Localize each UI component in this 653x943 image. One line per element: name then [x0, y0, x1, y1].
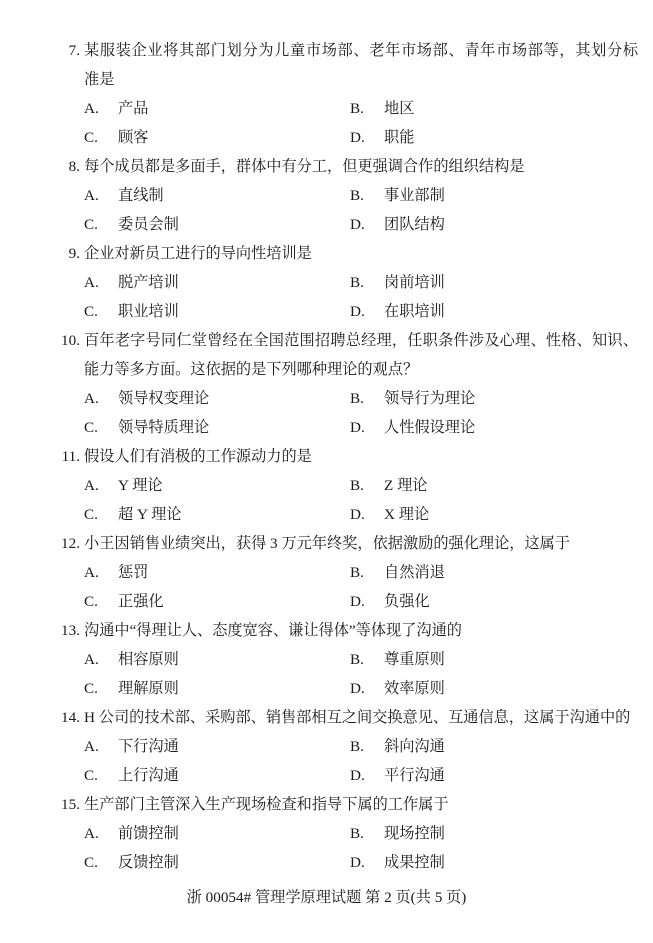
option-label: C.	[84, 674, 118, 703]
option-text: 直线制	[118, 187, 164, 204]
option-b: B.领导行为理论	[350, 384, 475, 413]
option-row: A.前馈控制B.现场控制	[84, 819, 638, 848]
option-label: C.	[84, 123, 118, 152]
option-label: B.	[350, 268, 384, 297]
option-b: B.地区	[350, 94, 414, 123]
option-text: 顾客	[118, 129, 148, 146]
question-item: 11.假设人们有消极的工作源动力的是A.Y 理论B.Z 理论C.超 Y 理论D.…	[54, 442, 638, 529]
option-label: B.	[350, 819, 384, 848]
option-label: B.	[350, 181, 384, 210]
option-label: A.	[84, 558, 118, 587]
option-b: B.尊重原则	[350, 645, 445, 674]
option-text: 团队结构	[384, 216, 445, 233]
question-body: 沟通中“得理让人、态度宽容、谦让得体”等体现了沟通的A.相容原则B.尊重原则C.…	[84, 616, 638, 703]
option-a: A.产品	[84, 94, 350, 123]
option-label: D.	[350, 413, 384, 442]
option-row: C.领导特质理论D.人性假设理论	[84, 413, 638, 442]
question-number: 14.	[54, 703, 80, 732]
option-text: 地区	[384, 100, 414, 117]
question-number: 7.	[54, 36, 80, 65]
option-text: 上行沟通	[118, 767, 179, 784]
option-label: D.	[350, 587, 384, 616]
option-d: D.团队结构	[350, 210, 445, 239]
option-c: C.超 Y 理论	[84, 500, 350, 529]
question-text-line: 每个成员都是多面手，群体中有分工，但更强调合作的组织结构是	[84, 152, 638, 181]
option-row: A.直线制B.事业部制	[84, 181, 638, 210]
option-label: A.	[84, 268, 118, 297]
option-a: A.惩罚	[84, 558, 350, 587]
option-b: B.事业部制	[350, 181, 445, 210]
question-body: 每个成员都是多面手，群体中有分工，但更强调合作的组织结构是A.直线制B.事业部制…	[84, 152, 638, 239]
question-text-line: 企业对新员工进行的导向性培训是	[84, 239, 638, 268]
option-label: B.	[350, 645, 384, 674]
option-text: 领导权变理论	[118, 390, 209, 407]
option-text: 负强化	[384, 593, 430, 610]
option-label: D.	[350, 761, 384, 790]
option-a: A.相容原则	[84, 645, 350, 674]
option-row: A.脱产培训B.岗前培训	[84, 268, 638, 297]
option-text: 效率原则	[384, 680, 445, 697]
question-text-line: 某服装企业将其部门划分为儿童市场部、老年市场部、青年市场部等，其划分标	[84, 36, 638, 65]
option-text: 在职培训	[384, 303, 445, 320]
option-text: 平行沟通	[384, 767, 445, 784]
option-label: D.	[350, 500, 384, 529]
option-row: C.理解原则D.效率原则	[84, 674, 638, 703]
question-number: 15.	[54, 790, 80, 819]
option-label: A.	[84, 471, 118, 500]
option-text: 相容原则	[118, 651, 179, 668]
option-row: A.领导权变理论B.领导行为理论	[84, 384, 638, 413]
option-a: A.直线制	[84, 181, 350, 210]
option-c: C.理解原则	[84, 674, 350, 703]
option-b: B.岗前培训	[350, 268, 445, 297]
option-text: Z 理论	[384, 477, 427, 494]
option-text: Y 理论	[118, 477, 163, 494]
option-text: 正强化	[118, 593, 164, 610]
option-text: 委员会制	[118, 216, 179, 233]
question-text-line: 小王因销售业绩突出，获得 3 万元年终奖，依据激励的强化理论，这属于	[84, 529, 638, 558]
option-a: A.前馈控制	[84, 819, 350, 848]
question-item: 7.某服装企业将其部门划分为儿童市场部、老年市场部、青年市场部等，其划分标准是A…	[54, 36, 638, 152]
option-a: A.领导权变理论	[84, 384, 350, 413]
option-c: C.反馈控制	[84, 848, 350, 877]
option-text: 产品	[118, 100, 148, 117]
option-a: A.脱产培训	[84, 268, 350, 297]
option-b: B.现场控制	[350, 819, 445, 848]
option-label: C.	[84, 761, 118, 790]
option-label: D.	[350, 297, 384, 326]
option-row: C.超 Y 理论D.X 理论	[84, 500, 638, 529]
option-d: D.在职培训	[350, 297, 445, 326]
option-label: D.	[350, 123, 384, 152]
option-b: B.自然消退	[350, 558, 445, 587]
option-row: C.正强化D.负强化	[84, 587, 638, 616]
option-a: A.下行沟通	[84, 732, 350, 761]
question-item: 12.小王因销售业绩突出，获得 3 万元年终奖，依据激励的强化理论，这属于A.惩…	[54, 529, 638, 616]
option-label: C.	[84, 413, 118, 442]
question-body: H 公司的技术部、采购部、销售部相互之间交换意见、互通信息，这属于沟通中的A.下…	[84, 703, 638, 790]
option-row: A.Y 理论B.Z 理论	[84, 471, 638, 500]
option-d: D.人性假设理论	[350, 413, 475, 442]
option-c: C.正强化	[84, 587, 350, 616]
option-c: C.上行沟通	[84, 761, 350, 790]
option-row: C.委员会制D.团队结构	[84, 210, 638, 239]
option-row: C.顾客D.职能	[84, 123, 638, 152]
option-label: A.	[84, 384, 118, 413]
option-label: A.	[84, 732, 118, 761]
question-text-line: H 公司的技术部、采购部、销售部相互之间交换意见、互通信息，这属于沟通中的	[84, 703, 638, 732]
question-text-line: 假设人们有消极的工作源动力的是	[84, 442, 638, 471]
option-label: C.	[84, 210, 118, 239]
option-label: A.	[84, 94, 118, 123]
question-item: 10.百年老字号同仁堂曾经在全国范围招聘总经理，任职条件涉及心理、性格、知识、能…	[54, 326, 638, 442]
question-number: 11.	[54, 442, 80, 471]
question-text-line: 能力等多方面。这依据的是下列哪种理论的观点？	[84, 355, 638, 384]
option-text: 斜向沟通	[384, 738, 445, 755]
option-c: C.委员会制	[84, 210, 350, 239]
option-label: D.	[350, 210, 384, 239]
option-c: C.领导特质理论	[84, 413, 350, 442]
option-text: 自然消退	[384, 564, 445, 581]
option-d: D.X 理论	[350, 500, 429, 529]
question-item: 9.企业对新员工进行的导向性培训是A.脱产培训B.岗前培训C.职业培训D.在职培…	[54, 239, 638, 326]
option-label: D.	[350, 674, 384, 703]
option-row: C.上行沟通D.平行沟通	[84, 761, 638, 790]
option-text: 脱产培训	[118, 274, 179, 291]
option-text: 反馈控制	[118, 854, 179, 871]
question-item: 15.生产部门主管深入生产现场检查和指导下属的工作属于A.前馈控制B.现场控制C…	[54, 790, 638, 877]
option-label: B.	[350, 94, 384, 123]
option-c: C.职业培训	[84, 297, 350, 326]
option-row: C.反馈控制D.成果控制	[84, 848, 638, 877]
option-label: A.	[84, 645, 118, 674]
option-d: D.成果控制	[350, 848, 445, 877]
option-a: A.Y 理论	[84, 471, 350, 500]
option-text: 职业培训	[118, 303, 179, 320]
question-item: 8.每个成员都是多面手，群体中有分工，但更强调合作的组织结构是A.直线制B.事业…	[54, 152, 638, 239]
question-number: 12.	[54, 529, 80, 558]
question-body: 百年老字号同仁堂曾经在全国范围招聘总经理，任职条件涉及心理、性格、知识、能力等多…	[84, 326, 638, 442]
option-d: D.平行沟通	[350, 761, 445, 790]
question-body: 生产部门主管深入生产现场检查和指导下属的工作属于A.前馈控制B.现场控制C.反馈…	[84, 790, 638, 877]
option-text: 人性假设理论	[384, 419, 475, 436]
option-label: C.	[84, 848, 118, 877]
question-item: 14.H 公司的技术部、采购部、销售部相互之间交换意见、互通信息，这属于沟通中的…	[54, 703, 638, 790]
question-number: 10.	[54, 326, 80, 355]
option-row: A.下行沟通B.斜向沟通	[84, 732, 638, 761]
question-text-line: 生产部门主管深入生产现场检查和指导下属的工作属于	[84, 790, 638, 819]
question-body: 小王因销售业绩突出，获得 3 万元年终奖，依据激励的强化理论，这属于A.惩罚B.…	[84, 529, 638, 616]
option-text: 尊重原则	[384, 651, 445, 668]
question-body: 某服装企业将其部门划分为儿童市场部、老年市场部、青年市场部等，其划分标准是A.产…	[84, 36, 638, 152]
question-body: 假设人们有消极的工作源动力的是A.Y 理论B.Z 理论C.超 Y 理论D.X 理…	[84, 442, 638, 529]
option-text: 事业部制	[384, 187, 445, 204]
question-number: 13.	[54, 616, 80, 645]
option-text: 惩罚	[118, 564, 148, 581]
option-text: X 理论	[384, 506, 429, 523]
option-label: A.	[84, 819, 118, 848]
question-list: 7.某服装企业将其部门划分为儿童市场部、老年市场部、青年市场部等，其划分标准是A…	[0, 0, 653, 877]
option-text: 岗前培训	[384, 274, 445, 291]
option-text: 职能	[384, 129, 414, 146]
option-b: B.Z 理论	[350, 471, 427, 500]
option-text: 前馈控制	[118, 825, 179, 842]
question-text-line: 百年老字号同仁堂曾经在全国范围招聘总经理，任职条件涉及心理、性格、知识、	[84, 326, 638, 355]
question-text-line: 沟通中“得理让人、态度宽容、谦让得体”等体现了沟通的	[84, 616, 638, 645]
question-number: 9.	[54, 239, 80, 268]
option-d: D.负强化	[350, 587, 430, 616]
option-row: C.职业培训D.在职培训	[84, 297, 638, 326]
option-b: B.斜向沟通	[350, 732, 445, 761]
page-footer: 浙 00054# 管理学原理试题 第 2 页(共 5 页)	[0, 883, 653, 912]
option-d: D.效率原则	[350, 674, 445, 703]
option-text: 领导行为理论	[384, 390, 475, 407]
option-text: 超 Y 理论	[118, 506, 182, 523]
option-row: A.产品B.地区	[84, 94, 638, 123]
option-label: B.	[350, 471, 384, 500]
option-text: 成果控制	[384, 854, 445, 871]
option-label: B.	[350, 558, 384, 587]
option-label: A.	[84, 181, 118, 210]
option-c: C.顾客	[84, 123, 350, 152]
option-label: C.	[84, 297, 118, 326]
option-row: A.惩罚B.自然消退	[84, 558, 638, 587]
option-row: A.相容原则B.尊重原则	[84, 645, 638, 674]
question-body: 企业对新员工进行的导向性培训是A.脱产培训B.岗前培训C.职业培训D.在职培训	[84, 239, 638, 326]
option-label: B.	[350, 732, 384, 761]
question-number: 8.	[54, 152, 80, 181]
exam-page: 7.某服装企业将其部门划分为儿童市场部、老年市场部、青年市场部等，其划分标准是A…	[0, 0, 653, 943]
option-label: C.	[84, 500, 118, 529]
option-label: C.	[84, 587, 118, 616]
option-text: 理解原则	[118, 680, 179, 697]
question-text-line: 准是	[84, 65, 638, 94]
question-item: 13.沟通中“得理让人、态度宽容、谦让得体”等体现了沟通的A.相容原则B.尊重原…	[54, 616, 638, 703]
option-text: 下行沟通	[118, 738, 179, 755]
option-text: 领导特质理论	[118, 419, 209, 436]
option-text: 现场控制	[384, 825, 445, 842]
option-label: D.	[350, 848, 384, 877]
option-label: B.	[350, 384, 384, 413]
option-d: D.职能	[350, 123, 414, 152]
